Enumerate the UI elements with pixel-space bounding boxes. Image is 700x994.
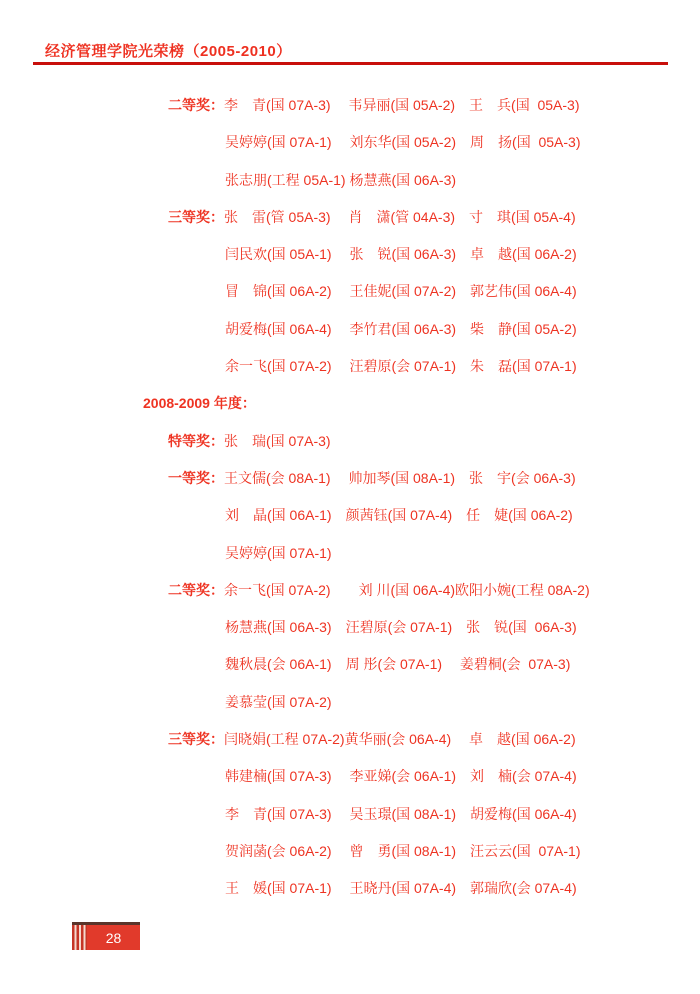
awardee-names: 胡爱梅(国 06A-4) 李竹君(国 06A-3) 柴 静(国 05A-2) bbox=[225, 321, 577, 337]
awardee-names: 吴婷婷(国 07A-1) bbox=[225, 545, 332, 561]
award-continuation-line: 吴婷婷(国 07A-1) bbox=[0, 535, 700, 572]
page-number-badge: 28 bbox=[72, 922, 140, 950]
awardee-names: 余一飞(国 07A-2) 刘 川(国 06A-4)欧阳小婉(工程 08A-2) bbox=[224, 582, 590, 598]
page-number: 28 bbox=[87, 930, 140, 946]
award-continuation-line: 余一飞(国 07A-2) 汪碧原(会 07A-1) 朱 磊(国 07A-1) bbox=[0, 348, 700, 385]
award-rank-label: 二等奖： bbox=[168, 582, 224, 598]
award-continuation-line: 吴婷婷(国 07A-1) 刘东华(国 05A-2) 周 扬(国 05A-3) bbox=[0, 124, 700, 161]
awardee-names: 李 青(国 07A-3) 吴玉璟(国 08A-1) 胡爱梅(国 06A-4) bbox=[225, 806, 577, 822]
awardee-names: 李 青(国 07A-3) 韦异丽(国 05A-2) 王 兵(国 05A-3) bbox=[224, 97, 580, 113]
header-rule-divider bbox=[33, 62, 668, 65]
awardee-names: 余一飞(国 07A-2) 汪碧原(会 07A-1) 朱 磊(国 07A-1) bbox=[225, 358, 577, 374]
award-line: 三等奖：闫晓娟(工程 07A-2)黄华丽(会 06A-4) 卓 越(国 06A-… bbox=[0, 721, 700, 758]
awardee-names: 贺润菡(会 06A-2) 曾 勇(国 08A-1) 汪云云(国 07A-1) bbox=[225, 843, 581, 859]
badge-stripes-decoration bbox=[72, 925, 87, 950]
award-line: 一等奖：王文儒(会 08A-1) 帅加琴(国 08A-1) 张 宇(会 06A-… bbox=[0, 460, 700, 497]
award-line: 二等奖：余一飞(国 07A-2) 刘 川(国 06A-4)欧阳小婉(工程 08A… bbox=[0, 572, 700, 609]
award-continuation-line: 闫民欢(国 05A-1) 张 锐(国 06A-3) 卓 越(国 06A-2) bbox=[0, 236, 700, 273]
award-rank-label: 一等奖： bbox=[168, 470, 224, 486]
awardee-names: 韩建楠(国 07A-3) 李亚娣(会 06A-1) 刘 楠(会 07A-4) bbox=[225, 768, 577, 784]
awardee-names: 魏秋晨(会 06A-1) 周 彤(会 07A-1) 姜碧桐(会 07A-3) bbox=[225, 656, 570, 672]
award-line: 三等奖：张 雷(管 05A-3) 肖 潇(管 04A-3) 寸 琪(国 05A-… bbox=[0, 199, 700, 236]
award-continuation-line: 姜慕莹(国 07A-2) bbox=[0, 684, 700, 721]
award-line: 特等奖：张 瑞(国 07A-3) bbox=[0, 423, 700, 460]
honor-roll-list: 二等奖：李 青(国 07A-3) 韦异丽(国 05A-2) 王 兵(国 05A-… bbox=[0, 87, 700, 908]
award-continuation-line: 魏秋晨(会 06A-1) 周 彤(会 07A-1) 姜碧桐(会 07A-3) bbox=[0, 646, 700, 683]
awardee-names: 张志朋(工程 05A-1) 杨慧燕(国 06A-3) bbox=[225, 172, 456, 188]
awardee-names: 闫晓娟(工程 07A-2)黄华丽(会 06A-4) 卓 越(国 06A-2) bbox=[224, 731, 576, 747]
award-continuation-line: 胡爱梅(国 06A-4) 李竹君(国 06A-3) 柴 静(国 05A-2) bbox=[0, 311, 700, 348]
awardee-names: 姜慕莹(国 07A-2) bbox=[225, 694, 332, 710]
awardee-names: 2008-2009 年度： bbox=[143, 395, 256, 411]
awardee-names: 刘 晶(国 06A-1) 颜茜钰(国 07A-4) 任 婕(国 06A-2) bbox=[225, 507, 573, 523]
award-continuation-line: 李 青(国 07A-3) 吴玉璟(国 08A-1) 胡爱梅(国 06A-4) bbox=[0, 796, 700, 833]
awardee-names: 闫民欢(国 05A-1) 张 锐(国 06A-3) 卓 越(国 06A-2) bbox=[225, 246, 577, 262]
awardee-names: 王 媛(国 07A-1) 王晓丹(国 07A-4) 郭瑞欣(会 07A-4) bbox=[225, 880, 577, 896]
awardee-names: 吴婷婷(国 07A-1) 刘东华(国 05A-2) 周 扬(国 05A-3) bbox=[225, 134, 581, 150]
award-continuation-line: 张志朋(工程 05A-1) 杨慧燕(国 06A-3) bbox=[0, 162, 700, 199]
award-rank-label: 三等奖： bbox=[168, 209, 224, 225]
award-line: 二等奖：李 青(国 07A-3) 韦异丽(国 05A-2) 王 兵(国 05A-… bbox=[0, 87, 700, 124]
awardee-names: 王文儒(会 08A-1) 帅加琴(国 08A-1) 张 宇(会 06A-3) bbox=[224, 470, 576, 486]
awardee-names: 张 雷(管 05A-3) 肖 潇(管 04A-3) 寸 琪(国 05A-4) bbox=[224, 209, 576, 225]
award-continuation-line: 刘 晶(国 06A-1) 颜茜钰(国 07A-4) 任 婕(国 06A-2) bbox=[0, 497, 700, 534]
awardee-names: 冒 锦(国 06A-2) 王佳妮(国 07A-2) 郭艺伟(国 06A-4) bbox=[225, 283, 577, 299]
award-continuation-line: 贺润菡(会 06A-2) 曾 勇(国 08A-1) 汪云云(国 07A-1) bbox=[0, 833, 700, 870]
award-continuation-line: 王 媛(国 07A-1) 王晓丹(国 07A-4) 郭瑞欣(会 07A-4) bbox=[0, 870, 700, 907]
awardee-names: 张 瑞(国 07A-3) bbox=[224, 433, 331, 449]
page-title: 经济管理学院光荣榜（2005-2010） bbox=[45, 40, 292, 61]
award-rank-label: 三等奖： bbox=[168, 731, 224, 747]
award-rank-label: 二等奖： bbox=[168, 97, 224, 113]
award-continuation-line: 杨慧燕(国 06A-3) 汪碧原(会 07A-1) 张 锐(国 06A-3) bbox=[0, 609, 700, 646]
award-rank-label: 特等奖： bbox=[168, 433, 224, 449]
year-section-heading: 2008-2009 年度： bbox=[0, 385, 700, 422]
award-continuation-line: 冒 锦(国 06A-2) 王佳妮(国 07A-2) 郭艺伟(国 06A-4) bbox=[0, 273, 700, 310]
awardee-names: 杨慧燕(国 06A-3) 汪碧原(会 07A-1) 张 锐(国 06A-3) bbox=[225, 619, 577, 635]
award-continuation-line: 韩建楠(国 07A-3) 李亚娣(会 06A-1) 刘 楠(会 07A-4) bbox=[0, 758, 700, 795]
